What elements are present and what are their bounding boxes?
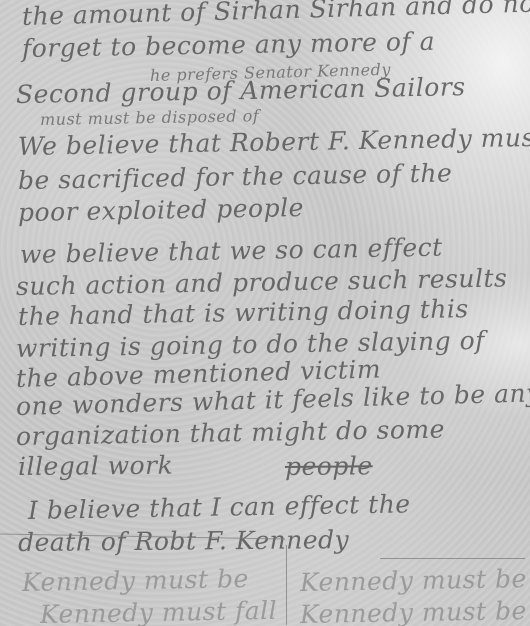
crossed-out-stroke — [380, 558, 525, 559]
handwritten-line: illegal work — [18, 451, 173, 481]
handwritten-line-inserted: must must be disposed of — [40, 106, 260, 129]
crossed-out-word: people — [285, 451, 373, 481]
vertical-divider — [286, 545, 287, 625]
handwritten-line: Kennedy must fall — [40, 596, 278, 626]
handwritten-line: Kennedy must be — [300, 564, 527, 597]
handwritten-line: Kennedy must be — [22, 564, 249, 597]
handwritten-line: poor exploited people — [18, 193, 304, 227]
handwritten-line: death of Robt F. Kennedy — [18, 525, 349, 557]
handwritten-line: Kennedy must be — [300, 596, 527, 626]
